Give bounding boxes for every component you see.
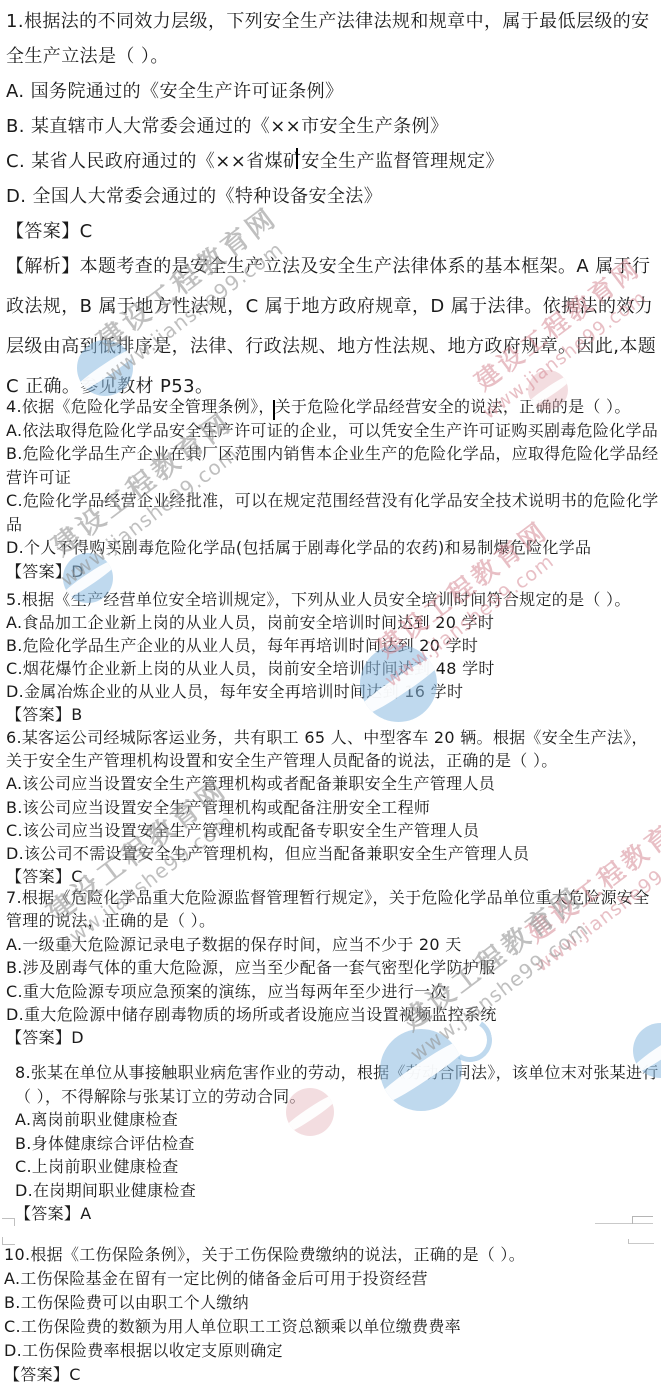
question-stem: 8.张某在单位从事接触职业病危害作业的劳动，根据《劳动合同法》，该单位末对张某进… [15,1061,661,1108]
page1-bottom-left-mark [2,1218,15,1226]
option-d: D.重大危险源中储存剧毒物质的场所或者设施应当设置视频监控系统 [6,1003,659,1026]
option-a: A.该公司应当设置安全生产管理机构或者配备兼职安全生产管理人员 [6,772,659,795]
question-10: 10.根据《工伤保险条例》，关于工伤保险费缴纳的说法，正确的是（ ）。 A.工伤… [4,1243,659,1386]
question-8: 8.张某在单位从事接触职业病危害作业的劳动，根据《劳动合同法》，该单位末对张某进… [15,1061,661,1226]
text-cursor [273,400,275,420]
question-5: 5.根据《生产经营单位安全培训规定》，下列从业人员安全培训时间符合规定的是（ ）… [6,588,659,726]
option-a: A.离岗前职业健康检查 [15,1108,661,1132]
option-b: B.工伤保险费可以由职工个人缴纳 [4,1291,659,1315]
text-cursor [296,148,298,169]
option-b: B.危险化学品生产企业在其厂区范围内销售本企业生产的危险化学品，应取得危险化学品… [6,442,659,489]
option-d: D.个人不得购买剧毒危险化学品(包括属于剧毒化学品的农药)和易制爆危险化学品 [6,536,659,560]
answer-line: 【答案】D [6,560,659,584]
answer-line: 【答案】A [15,1202,661,1226]
page2-top-right-mark [628,1239,654,1244]
option-d: D.在岗期间职业健康检查 [15,1179,661,1203]
option-d: D.工伤保险费率根据以收定支原则确定 [4,1339,659,1363]
page1-bottom-right-mark [632,1216,653,1224]
question-stem: 6.某客运公司经城际客运业务，共有职工 65 人、中型客车 20 辆。根据《安全… [6,726,659,772]
option-d: D.金属冶炼企业的从业人员，每年安全再培训时间达到 16 学时 [6,680,659,703]
option-c: C.烟花爆竹企业新上岗的从业人员，岗前安全培训时间达到 48 学时 [6,657,659,680]
option-a: A.工伤保险基金在留有一定比例的储备金后可用于投资经营 [4,1267,659,1291]
question-6: 6.某客运公司经城际客运业务，共有职工 65 人、中型客车 20 辆。根据《安全… [6,726,659,888]
option-b: B.身体健康综合评估检查 [15,1132,661,1156]
answer-line: 【答案】D [6,1026,659,1049]
option-b: B.危险化学品生产企业的从业人员，每年再培训时间达到 20 学时 [6,634,659,657]
option-a: A.依法取得危险化学品安全生产许可证的企业，可以凭安全生产许可证购买剧毒危险化学… [6,419,659,443]
option-c: C.上岗前职业健康检查 [15,1155,661,1179]
option-b: B. 某直辖市人大常委会通过的《××市安全生产条例》 [6,109,659,144]
document-page: 建设工程教育网 www.jianshe99.com 建设工程教育网 www.ji… [0,0,661,1386]
option-a: A.一级重大危险源记录电子数据的保存时间，应当不少于 20 天 [6,933,659,956]
option-c: C.工伤保险费的数额为用人单位职工工资总额乘以单位缴费费率 [4,1315,659,1339]
answer-line: 【答案】C [4,1363,659,1386]
question-stem: 10.根据《工伤保险条例》，关于工伤保险费缴纳的说法，正确的是（ ）。 [4,1243,659,1267]
question-stem: 7.根据《危险化学品重大危险源监督管理暂行规定》，关于危险化学品单位重大危险源安… [6,886,659,933]
page2-top-left-mark [2,1237,15,1245]
option-b: B.涉及剧毒气体的重大危险源，应当至少配备一套气密型化学防护服 [6,956,659,979]
option-d: D. 全国人大常委会通过的《特种设备安全法》 [6,179,659,214]
option-c: C. 某省人民政府通过的《××省煤矿安全生产监督管理规定》 [6,144,659,179]
analysis-text: 【解析】本题考查的是安全生产立法及安全生产法律体系的基本框架。A 属于行政法规，… [6,247,659,407]
answer-line: 【答案】B [6,703,659,726]
option-c: C.该公司应当设置安全生产管理机构或配备专职安全生产管理人员 [6,819,659,842]
answer-line: 【答案】C [6,865,659,888]
option-c: C.重大危险源专项应急预案的演练，应当每两年至少进行一次 [6,980,659,1003]
answer-line: 【答案】C [6,214,659,249]
option-c: C.危险化学品经营企业经批准，可以在规定范围经营没有化学品安全技术说明书的危险化… [6,489,659,536]
question-7: 7.根据《危险化学品重大危险源监督管理暂行规定》，关于危险化学品单位重大危险源安… [6,886,659,1050]
question-1-analysis: 【解析】本题考查的是安全生产立法及安全生产法律体系的基本框架。A 属于行政法规，… [6,247,659,407]
question-stem: 1.根据法的不同效力层级，下列安全生产法律法规和规章中，属于最低层级的安全生产立… [6,4,659,74]
question-4: 4.依据《危险化学品安全管理条例》，关于危险化学品经营安全的说法，正确的是（ ）… [6,395,659,583]
option-a: A.食品加工企业新上岗的从业人员，岗前安全培训时间达到 20 学时 [6,611,659,634]
question-1: 1.根据法的不同效力层级，下列安全生产法律法规和规章中，属于最低层级的安全生产立… [6,4,659,249]
option-a: A. 国务院通过的《安全生产许可证条例》 [6,74,659,109]
question-stem: 4.依据《危险化学品安全管理条例》，关于危险化学品经营安全的说法，正确的是（ ）… [6,395,659,419]
option-b: B.该公司应当设置安全生产管理机构或配备注册安全工程师 [6,796,659,819]
question-stem: 5.根据《生产经营单位安全培训规定》，下列从业人员安全培训时间符合规定的是（ ）… [6,588,659,611]
option-d: D.该公司不需设置安全生产管理机构，但应当配备兼职安全生产管理人员 [6,842,659,865]
